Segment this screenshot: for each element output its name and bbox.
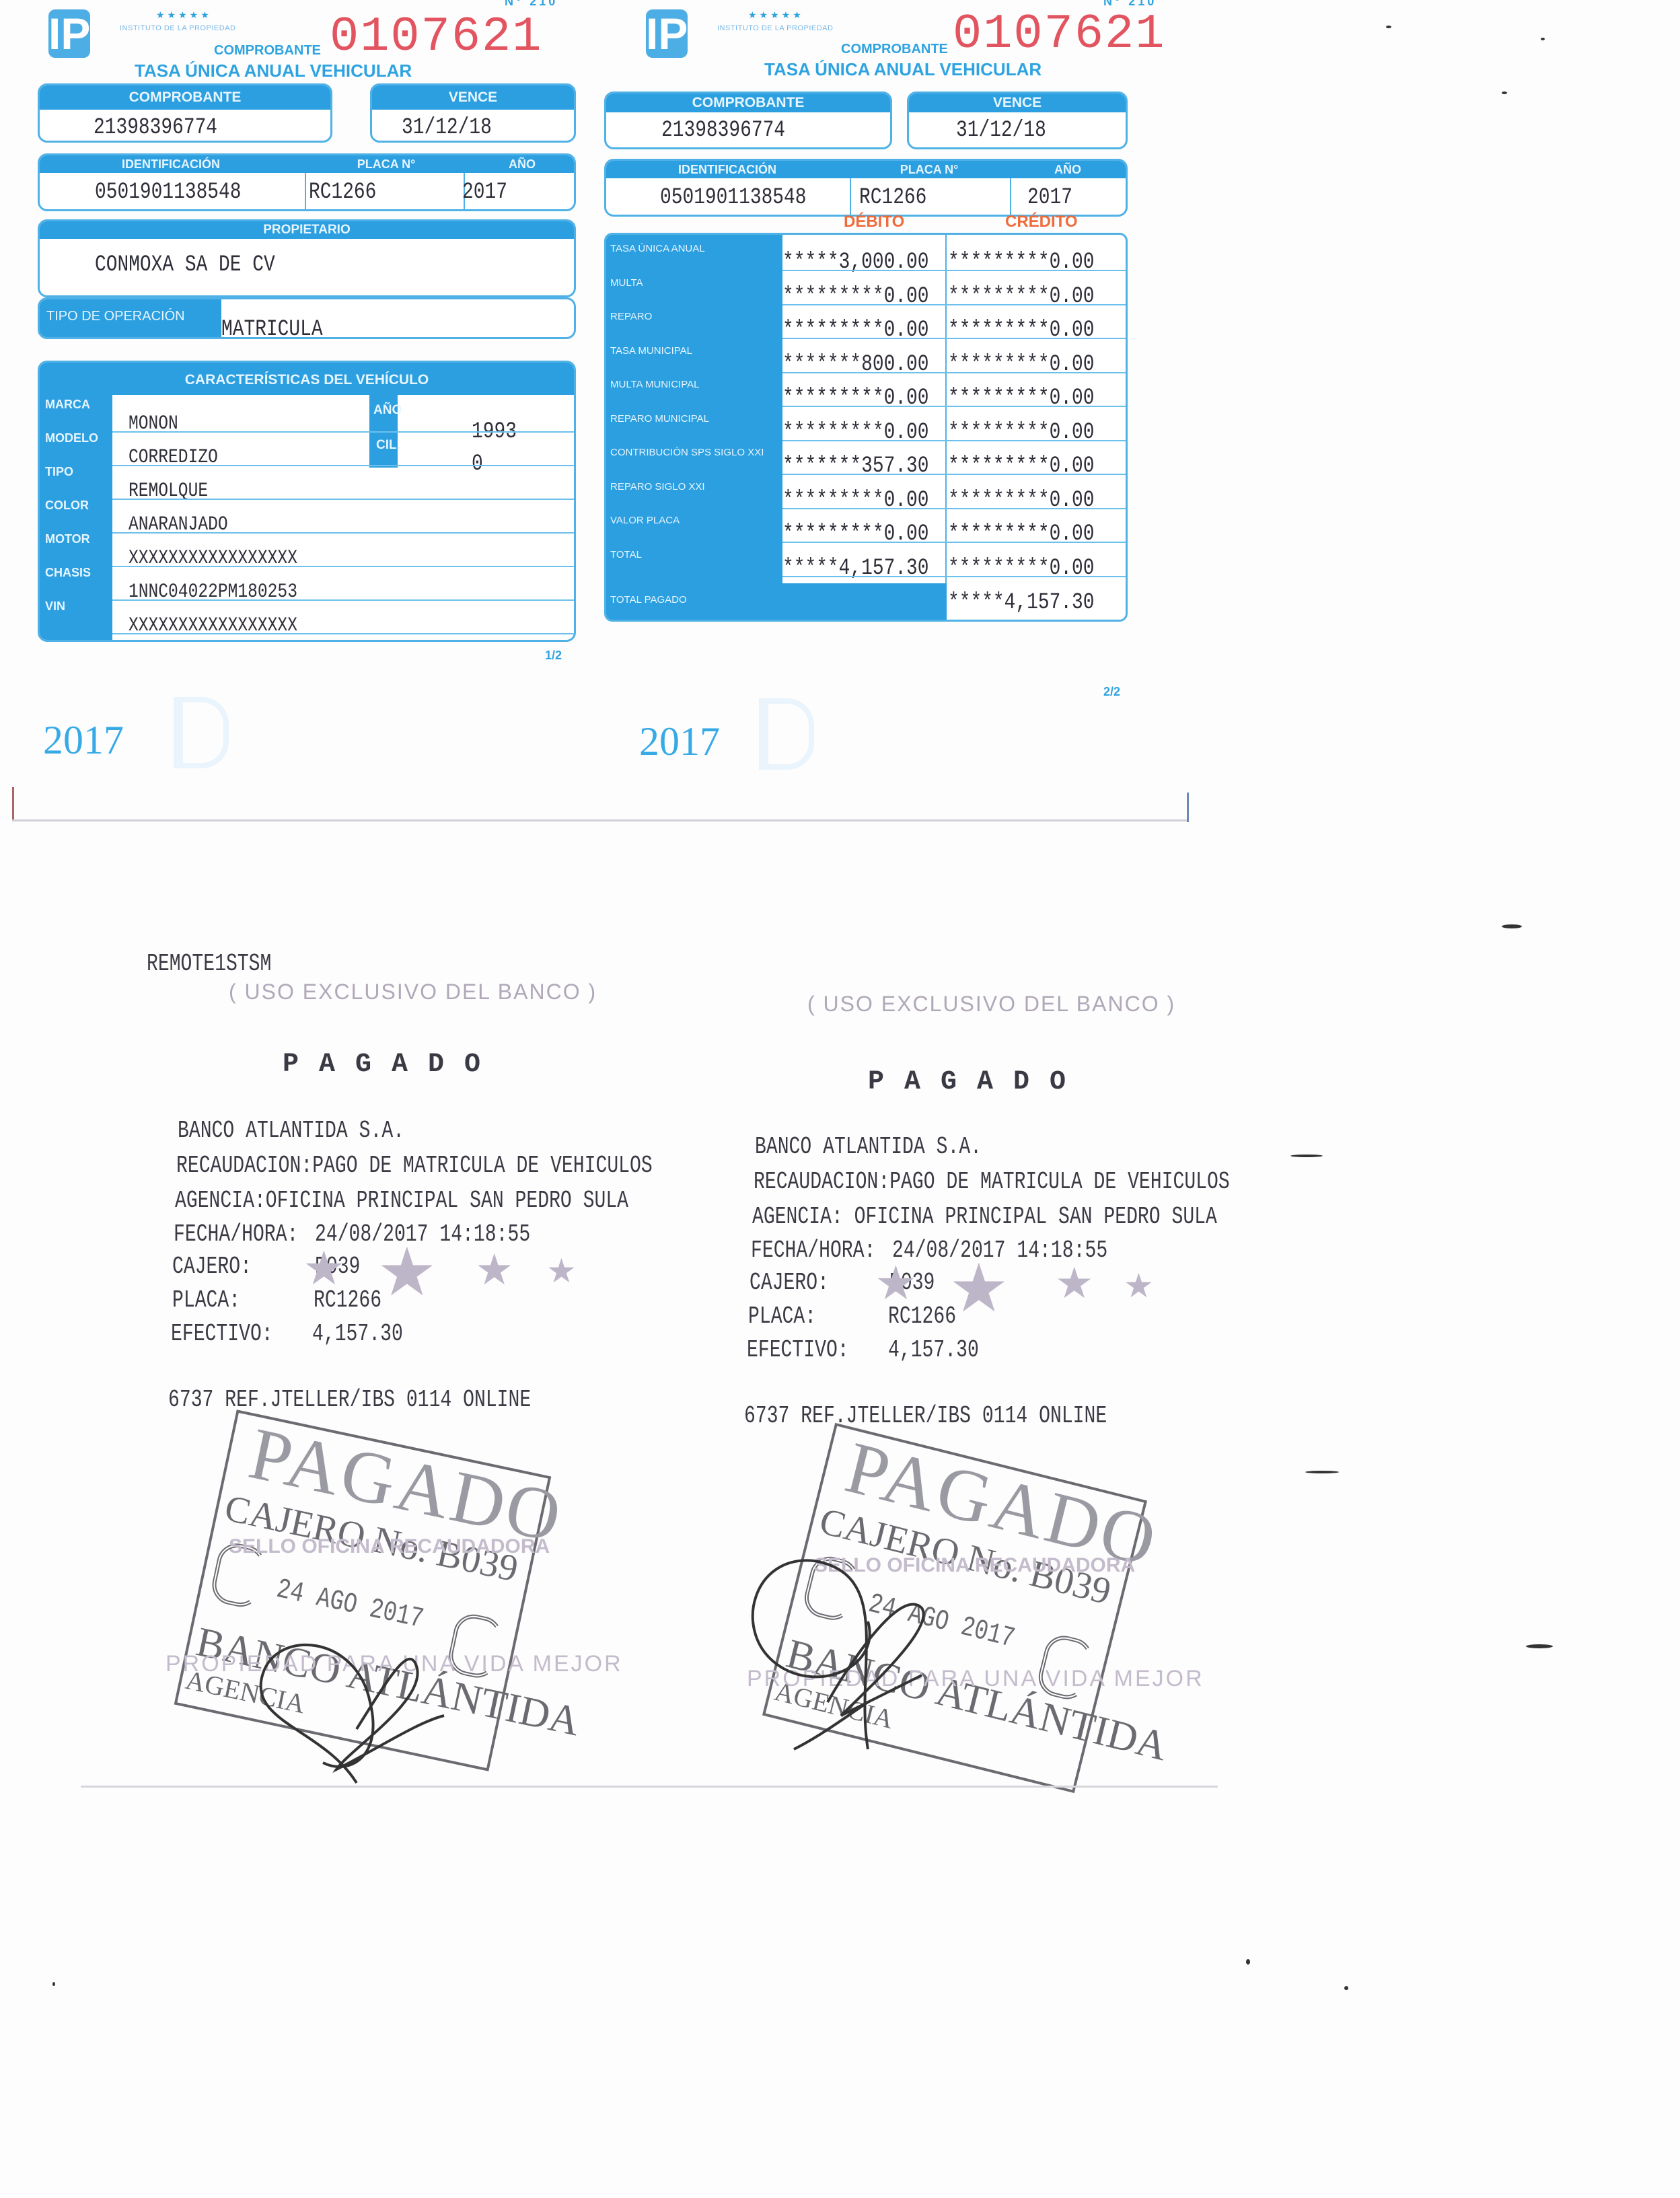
row-line	[782, 372, 1126, 373]
vence-value: 31/12/18	[402, 115, 492, 141]
terminal-id: REMOTE1STSM	[147, 950, 271, 978]
star-icon: ★	[949, 1249, 1009, 1327]
fee-debito: *****4,157.30	[782, 556, 929, 581]
form-title: TASA ÚNICA ANUAL VEHICULAR	[764, 59, 1042, 80]
total-pagado-fill	[782, 583, 947, 620]
row-line	[782, 508, 1126, 509]
page-number: 2/2	[1103, 685, 1120, 699]
anio-value: 2017	[1027, 185, 1072, 211]
agencia: AGENCIA: OFICINA PRINCIPAL SAN PEDRO SUL…	[752, 1203, 1217, 1231]
ref-number: N° 210	[505, 0, 558, 9]
comprobante-box: COMPROBANTE 21398396774	[38, 83, 332, 143]
year-watermark: 2017	[43, 717, 124, 764]
caracteristicas-box: CARACTERÍSTICAS DEL VEHÍCULO AÑO CIL. 19…	[38, 361, 576, 642]
stars-icon: ★★★★★	[156, 9, 212, 21]
fee-label: REPARO SIGLO XXI	[610, 481, 705, 492]
ip-watermark-icon	[174, 697, 229, 768]
total-pagado-label: TOTAL PAGADO	[610, 594, 687, 606]
row-line	[782, 406, 1126, 407]
row-line	[782, 576, 1126, 577]
agencia: AGENCIA:OFICINA PRINCIPAL SAN PEDRO SULA	[175, 1187, 628, 1214]
char-label-chasis: CHASIS	[45, 566, 91, 580]
placa-value: RC1266	[309, 180, 376, 205]
char-label-motor: MOTOR	[45, 532, 90, 546]
star-icon: ★	[875, 1255, 917, 1311]
form-title: TASA ÚNICA ANUAL VEHICULAR	[135, 61, 412, 81]
fee-credito: *********0.00	[948, 318, 1095, 343]
scan-speck	[52, 1982, 55, 1986]
reference: 6737 REF.JTELLER/IBS 0114 ONLINE	[168, 1386, 531, 1414]
row-line	[112, 532, 574, 534]
fee-label: MULTA MUNICIPAL	[610, 379, 700, 390]
fee-label: REPARO MUNICIPAL	[610, 413, 709, 425]
fee-debito: *********0.00	[782, 521, 929, 547]
efectivo-label: EFECTIVO:	[171, 1320, 273, 1348]
serial-number: 0107621	[953, 7, 1165, 62]
efectivo-label: EFECTIVO:	[747, 1336, 849, 1364]
identificacion-value: 0501901138548	[95, 180, 242, 205]
identificacion-value: 0501901138548	[660, 185, 807, 211]
comprobante-label: COMPROBANTE	[214, 43, 321, 59]
fee-debito: *********0.00	[782, 420, 929, 445]
status-pagado: PAGADO	[283, 1050, 501, 1080]
comprobante-label: COMPROBANTE	[841, 42, 948, 57]
fee-debito: *********0.00	[782, 318, 929, 343]
fee-credito: *********0.00	[948, 250, 1095, 275]
fee-debito: *********0.00	[782, 386, 929, 411]
cil-value: 0	[472, 451, 483, 477]
placa-label: PLACA:	[172, 1286, 240, 1314]
stars-icon: ★★★★★	[748, 9, 804, 21]
anio-label: AÑO	[373, 403, 402, 418]
reference: 6737 REF.JTELLER/IBS 0114 ONLINE	[744, 1402, 1107, 1430]
fee-label: VALOR PLACA	[610, 515, 680, 526]
row-line	[782, 338, 1126, 339]
anio-header: AÑO	[1010, 161, 1126, 178]
fee-credito: *********0.00	[948, 521, 1095, 547]
scan-speck	[1502, 924, 1522, 928]
total-pagado-value: *****4,157.30	[948, 590, 1095, 616]
propietario-value: CONMOXA SA DE CV	[95, 252, 275, 278]
fee-label: TASA ÚNICA ANUAL	[610, 243, 705, 254]
star-icon: ★	[1055, 1258, 1093, 1309]
cut-line	[81, 1786, 1218, 1788]
comprobante-value: 21398396774	[94, 115, 217, 141]
fecha-hora-label: FECHA/HORA:	[751, 1237, 875, 1264]
bank-name: BANCO ATLANTIDA S.A.	[755, 1133, 982, 1161]
propietario-box: PROPIETARIO CONMOXA SA DE CV	[38, 219, 576, 297]
scan-speck	[1541, 38, 1545, 40]
year-watermark: 2017	[639, 719, 720, 765]
placa-value: RC1266	[859, 185, 926, 211]
vence-box: VENCE 31/12/18	[370, 83, 576, 143]
signature-icon	[242, 1601, 484, 1803]
scan-speck	[1386, 26, 1391, 28]
row-line	[782, 542, 1126, 543]
efectivo: 4,157.30	[888, 1336, 979, 1364]
fee-label: TOTAL	[610, 549, 642, 560]
fee-credito: *********0.00	[948, 352, 1095, 377]
cajero-label: CAJERO:	[172, 1253, 252, 1280]
fee-debito: *****3,000.00	[782, 250, 929, 275]
identificacion-box: IDENTIFICACIÓN PLACA N° AÑO 050190113854…	[604, 159, 1128, 217]
efectivo: 4,157.30	[312, 1320, 403, 1348]
fee-label: CONTRIBUCIÓN SPS SIGLO XXI	[610, 447, 764, 458]
row-line	[782, 304, 1126, 305]
char-label-marca: MARCA	[45, 398, 90, 412]
row-line	[782, 474, 1126, 475]
fees-table: TASA ÚNICA ANUAL*****3,000.00*********0.…	[604, 233, 1128, 622]
fee-credito: *********0.00	[948, 556, 1095, 581]
cajero-label: CAJERO:	[750, 1269, 829, 1296]
vence-box: VENCE 31/12/18	[907, 91, 1128, 149]
status-pagado: PAGADO	[868, 1067, 1086, 1097]
identificacion-header: IDENTIFICACIÓN	[40, 155, 302, 173]
cut-line	[12, 819, 1188, 821]
scan-speck	[1246, 1959, 1250, 1965]
comprobante-header: COMPROBANTE	[40, 85, 330, 110]
vence-header: VENCE	[909, 94, 1126, 112]
char-label-vin: VIN	[45, 599, 65, 614]
crop-mark	[1187, 793, 1189, 822]
vence-value: 31/12/18	[956, 118, 1046, 143]
char-label-tipo: TIPO	[45, 465, 73, 479]
scan-speck	[1526, 1644, 1553, 1648]
caracteristicas-header: CARACTERÍSTICAS DEL VEHÍCULO	[40, 363, 574, 395]
placa-header: PLACA N°	[302, 155, 470, 173]
row-line	[782, 440, 1126, 441]
ip-logo-icon: IP	[646, 9, 688, 58]
identificacion-box: IDENTIFICACIÓN PLACA N° AÑO 050190113854…	[38, 153, 576, 211]
divider	[850, 178, 851, 215]
debito-header: DÉBITO	[844, 213, 904, 231]
institution-name: INSTITUTO DE LA PROPIEDAD	[120, 24, 235, 32]
fee-credito: *********0.00	[948, 386, 1095, 411]
fecha-hora-label: FECHA/HORA:	[174, 1220, 298, 1248]
fee-credito: *********0.00	[948, 284, 1095, 309]
star-icon: ★	[377, 1233, 437, 1311]
identificacion-header-row: IDENTIFICACIÓN PLACA N° AÑO	[40, 155, 574, 173]
comprobante-box: COMPROBANTE 21398396774	[604, 91, 892, 149]
recaudacion: RECAUDACION:PAGO DE MATRICULA DE VEHICUL…	[754, 1168, 1230, 1196]
fee-debito: *******800.00	[782, 352, 929, 377]
fees-label-column	[606, 235, 782, 620]
fee-credito: *********0.00	[948, 453, 1095, 479]
fee-credito: *********0.00	[948, 420, 1095, 445]
cil-label: CIL.	[376, 438, 400, 453]
char-label-color: COLOR	[45, 499, 89, 513]
page-number: 1/2	[545, 649, 562, 663]
identificacion-header: IDENTIFICACIÓN	[606, 161, 848, 178]
scan-speck	[1290, 1155, 1323, 1157]
recaudacion: RECAUDACION:PAGO DE MATRICULA DE VEHICUL…	[176, 1152, 653, 1179]
scan-speck	[1344, 1986, 1348, 1990]
fee-label: REPARO	[610, 311, 652, 322]
char-label-modelo: MODELO	[45, 431, 98, 445]
serial-number: 0107621	[330, 9, 542, 65]
scan-speck	[1502, 91, 1507, 94]
divider	[1010, 178, 1011, 215]
identificacion-header-row: IDENTIFICACIÓN PLACA N° AÑO	[606, 161, 1126, 178]
comprobante-value: 21398396774	[661, 118, 785, 143]
row-line	[112, 566, 574, 567]
ip-watermark-icon	[759, 698, 814, 770]
row-line	[782, 270, 1126, 271]
row-line	[112, 499, 574, 500]
star-icon: ★	[475, 1245, 513, 1295]
divider	[945, 235, 947, 620]
fee-debito: *******357.30	[782, 453, 929, 479]
divider	[305, 173, 306, 209]
fee-label: TASA MUNICIPAL	[610, 345, 692, 357]
fee-label: MULTA	[610, 277, 643, 289]
star-icon: ★	[303, 1241, 345, 1296]
placa-header: PLACA N°	[848, 161, 1010, 178]
scan-speck	[1305, 1471, 1339, 1473]
row-line	[112, 633, 574, 634]
uso-exclusivo-label: ( USO EXCLUSIVO DEL BANCO )	[807, 992, 1175, 1017]
comprobante-header: COMPROBANTE	[606, 94, 890, 112]
anio-value: 2017	[462, 180, 507, 205]
crop-mark	[12, 787, 14, 821]
row-line	[112, 431, 574, 433]
fee-debito: *********0.00	[782, 284, 929, 309]
star-icon: ★	[546, 1251, 577, 1290]
credito-header: CRÉDITO	[1005, 213, 1078, 231]
row-line	[112, 599, 574, 601]
ip-logo-icon: IP	[48, 9, 90, 58]
uso-exclusivo-label: ( USO EXCLUSIVO DEL BANCO )	[229, 980, 597, 1004]
institution-name: INSTITUTO DE LA PROPIEDAD	[717, 24, 833, 32]
fee-debito: *********0.00	[782, 488, 929, 513]
bank-name: BANCO ATLANTIDA S.A.	[178, 1117, 404, 1144]
fee-credito: *********0.00	[948, 488, 1095, 513]
row-line	[112, 465, 574, 466]
anio-header: AÑO	[470, 155, 574, 173]
tipo-operacion-box: TIPO DE OPERACIÓN MATRICULA	[38, 297, 576, 339]
vence-header: VENCE	[372, 85, 574, 110]
tipo-operacion-label: TIPO DE OPERACIÓN	[46, 309, 185, 324]
tipo-operacion-value: MATRICULA	[221, 317, 323, 339]
placa-label: PLACA:	[748, 1303, 816, 1330]
propietario-header: PROPIETARIO	[40, 221, 574, 239]
sello-oficina-text: SELLO OFICINA RECAUDADORA	[229, 1535, 550, 1558]
signature-icon	[733, 1534, 976, 1763]
star-icon: ★	[1124, 1266, 1154, 1305]
